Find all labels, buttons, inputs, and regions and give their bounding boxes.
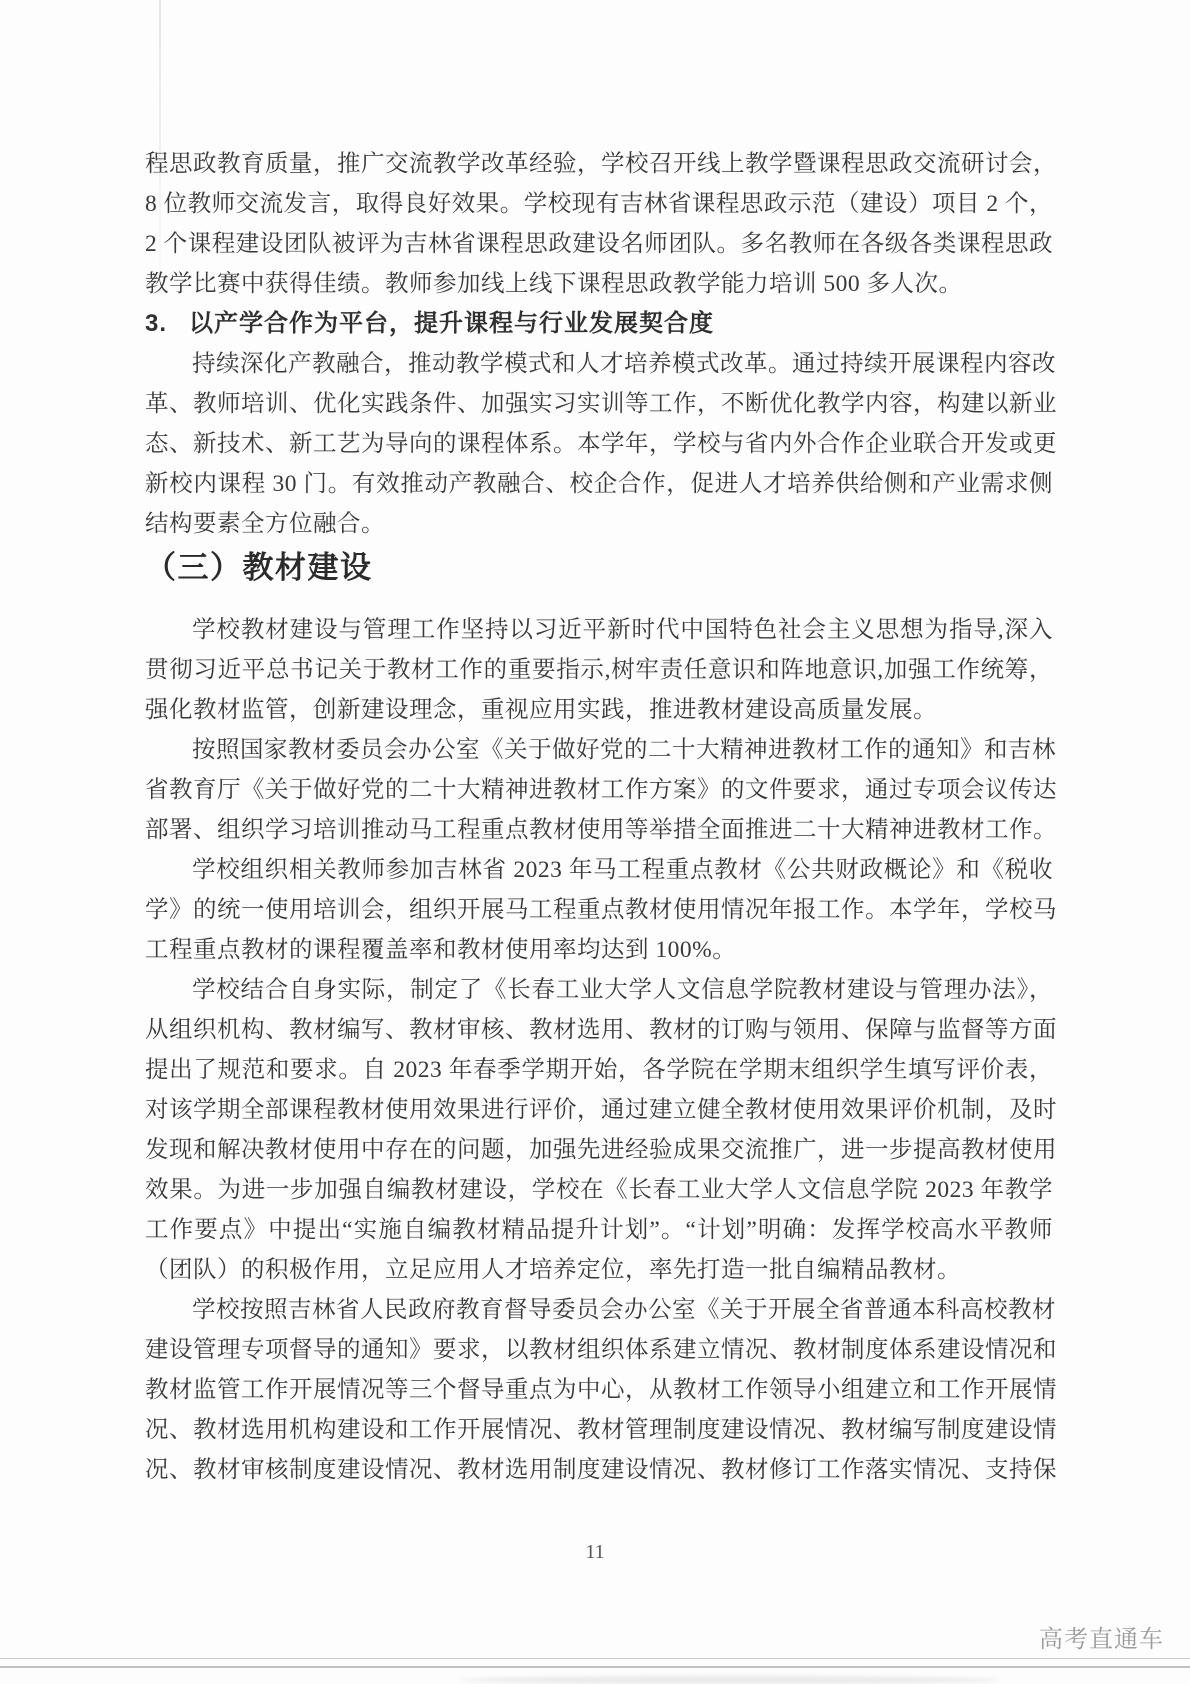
paragraph-line: 况、教材选用机构建设和工作开展情况、教材管理制度建设情况、教材编写制度建设情: [145, 1410, 1053, 1450]
section-3-heading: 3.以产学合作为平台，提升课程与行业发展契合度: [145, 304, 1053, 344]
paragraph-spirit-into-textbooks: 按照国家教材委员会办公室《关于做好党的二十大精神进教材工作的通知》和吉林 省教育…: [145, 730, 1053, 850]
paragraph-line: 结构要素全方位融合。: [145, 504, 1053, 544]
paragraph-line: 按照国家教材委员会办公室《关于做好党的二十大精神进教材工作的通知》和吉林: [145, 730, 1053, 770]
bottom-rule-lower: [0, 1666, 1190, 1668]
paragraph-line: 贯彻习近平总书记关于教材工作的重要指示,树牢责任意识和阵地意识,加强工作统筹，: [145, 650, 1053, 690]
section-3-number: 3.: [145, 304, 189, 344]
paragraph-line: 省教育厅《关于做好党的二十大精神进教材工作方案》的文件要求，通过专项会议传达: [145, 770, 1053, 810]
paragraph-line: 从组织机构、教材编写、教材审核、教材选用、教材的订购与领用、保障与监督等方面: [145, 1010, 1053, 1050]
paragraph-line: 持续深化产教融合，推动教学模式和人才培养模式改革。通过持续开展课程内容改: [145, 344, 1053, 384]
paragraph-line: 学校结合自身实际，制定了《长春工业大学人文信息学院教材建设与管理办法》，: [145, 970, 1053, 1010]
paragraph-line: 工程重点教材的课程覆盖率和教材使用率均达到 100%。: [145, 930, 1053, 970]
paragraph-line: 对该学期全部课程教材使用效果进行评价，通过建立健全教材使用效果评价机制，及时: [145, 1090, 1053, 1130]
paragraph-line: 工作要点》中提出“实施自编教材精品提升计划”。“计划”明确：发挥学校高水平教师: [145, 1210, 1053, 1250]
paragraph-textbook-management-measures: 学校结合自身实际，制定了《长春工业大学人文信息学院教材建设与管理办法》， 从组织…: [145, 970, 1053, 1290]
section-heading-textbook-construction: （三）教材建设: [145, 544, 1053, 592]
paragraph-supervision-requirements: 学校按照吉林省人民政府教育督导委员会办公室《关于开展全省普通本科高校教材 建设管…: [145, 1290, 1053, 1490]
bottom-rule-upper: [0, 1658, 1190, 1659]
paragraph-ma-project-textbooks: 学校组织相关教师参加吉林省 2023 年马工程重点教材《公共财政概论》和《税收 …: [145, 850, 1053, 970]
paragraph-textbook-guidance: 学校教材建设与管理工作坚持以习近平新时代中国特色社会主义思想为指导,深入 贯彻习…: [145, 610, 1053, 730]
paragraph-line: 建设管理专项督导的通知》要求，以教材组织体系建立情况、教材制度体系建设情况和: [145, 1330, 1053, 1370]
paragraph-line: 提出了规范和要求。自 2023 年春季学期开始，各学院在学期末组织学生填写评价表…: [145, 1050, 1053, 1090]
document-page: 程思政教育质量，推广交流教学改革经验，学校召开线上教学暨课程思政交流研讨会， 8…: [0, 0, 1190, 1684]
paragraph-line: 部署、组织学习培训推动马工程重点教材使用等举措全面推进二十大精神进教材工作。: [145, 810, 1053, 850]
paragraph-line: 态、新技术、新工艺为导向的课程体系。本学年，学校与省内外合作企业联合开发或更: [145, 424, 1053, 464]
paragraph-line: （团队）的积极作用，立足应用人才培养定位，率先打造一批自编精品教材。: [145, 1250, 1053, 1290]
paragraph-line: 2 个课程建设团队被评为吉林省课程思政建设名师团队。多名教师在各级各类课程思政: [145, 224, 1053, 264]
paragraph-line: 革、教师培训、优化实践条件、加强实习实训等工作，不断优化教学内容，构建以新业: [145, 384, 1053, 424]
paragraph-line: 强化教材监管，创新建设理念，重视应用实践，推进教材建设高质量发展。: [145, 690, 1053, 730]
paragraph-industry-education: 持续深化产教融合，推动教学模式和人才培养模式改革。通过持续开展课程内容改 革、教…: [145, 344, 1053, 544]
section-3-title: 以产学合作为平台，提升课程与行业发展契合度: [189, 310, 714, 337]
paragraph-line: 教材监管工作开展情况等三个督导重点为中心，从教材工作领导小组建立和工作开展情: [145, 1370, 1053, 1410]
paragraph-line: 学》的统一使用培训会，组织开展马工程重点教材使用情况年报工作。本学年，学校马: [145, 890, 1053, 930]
paragraph-line: 8 位教师交流发言，取得良好效果。学校现有吉林省课程思政示范（建设）项目 2 个…: [145, 184, 1053, 224]
scan-edge-smudge: [460, 1676, 1000, 1684]
paragraph-line: 学校按照吉林省人民政府教育督导委员会办公室《关于开展全省普通本科高校教材: [145, 1290, 1053, 1330]
paragraph-line: 学校教材建设与管理工作坚持以习近平新时代中国特色社会主义思想为指导,深入: [145, 610, 1053, 650]
page-number: 11: [0, 1538, 1190, 1566]
paragraph-line: 新校内课程 30 门。有效推动产教融合、校企合作，促进人才培养供给侧和产业需求侧: [145, 464, 1053, 504]
paragraph-line: 发现和解决教材使用中存在的问题，加强先进经验成果交流推广，进一步提高教材使用: [145, 1130, 1053, 1170]
paragraph-line: 程思政教育质量，推广交流教学改革经验，学校召开线上教学暨课程思政交流研讨会，: [145, 144, 1053, 184]
paragraph-course-ideology: 程思政教育质量，推广交流教学改革经验，学校召开线上教学暨课程思政交流研讨会， 8…: [145, 144, 1053, 304]
watermark-gaokao-express: 高考直通车: [1039, 1624, 1164, 1656]
paragraph-line: 教学比赛中获得佳绩。教师参加线上线下课程思政教学能力培训 500 多人次。: [145, 264, 1053, 304]
paragraph-line: 效果。为进一步加强自编教材建设，学校在《长春工业大学人文信息学院 2023 年教…: [145, 1170, 1053, 1210]
paragraph-line: 学校组织相关教师参加吉林省 2023 年马工程重点教材《公共财政概论》和《税收: [145, 850, 1053, 890]
paragraph-line: 况、教材审核制度建设情况、教材选用制度建设情况、教材修订工作落实情况、支持保: [145, 1450, 1053, 1490]
